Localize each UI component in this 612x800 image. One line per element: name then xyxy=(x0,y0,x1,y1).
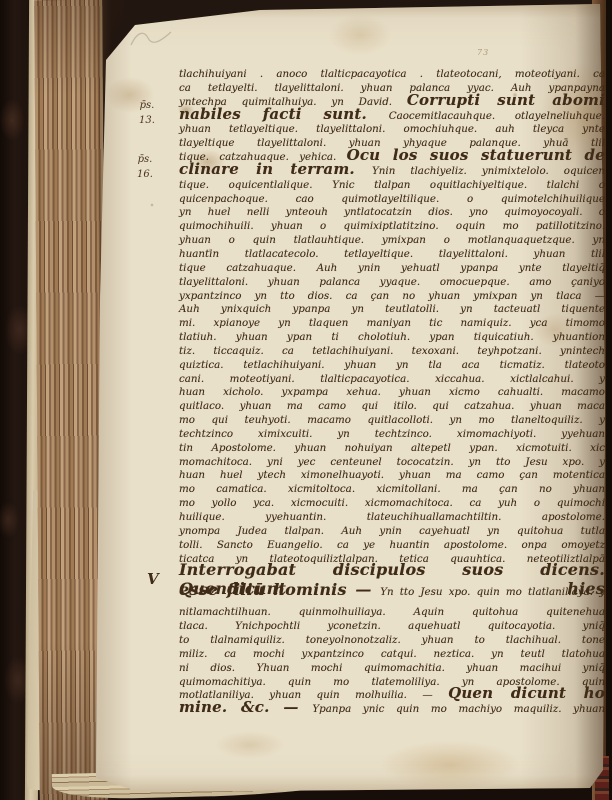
manuscript-photo: 73 p̄s. 13. p̄s. 16. V tlachihuiyani . a… xyxy=(0,0,612,800)
manuscript-text: tlachihuiyani . anoco tlalticpacayotica … xyxy=(179,62,605,711)
text-line: yntechpa quimitalhuiya. yn David. Corrup… xyxy=(179,90,605,104)
text-line: cani. moteotiyani. tlalticpacayotica. xi… xyxy=(179,367,605,381)
text-line: tique. catzahuaque. yehica. Ocu los suos… xyxy=(179,145,605,159)
text-line: tin Apostolome. yhuan nohuiyan altepetl … xyxy=(179,436,605,450)
text-line: tiz. ticcaquiz. ca tetlachihuiyani. texo… xyxy=(179,339,605,353)
text-line: quitlaco. yhuan ma camo qui itilo. qui c… xyxy=(179,394,605,408)
text-line: tlayeltique tlayelittaloni. yhuan yhyaqu… xyxy=(179,131,605,145)
text-line: tique catzahuaque. Auh ynin yehuatl ypan… xyxy=(179,256,605,270)
text-line: mo qui teuhyoti. macamo quitlacolloti. y… xyxy=(179,408,605,422)
text-line: mo camatica. xicmitoltoca. xicmitollani.… xyxy=(179,477,605,491)
text-line: techtzinco ximixcuiti. yn techtzinco. xi… xyxy=(179,422,605,436)
text-line: ticatca yn tlateotoquiliztlalpan. tetica… xyxy=(179,547,605,561)
text-line: huan xicholo. yxpampa xehua. yhuan xicmo… xyxy=(179,380,605,394)
text-line: yhuan tetlayeltique. tlayelittaloni. omo… xyxy=(179,117,605,131)
text-line: tlachihuiyani . anoco tlalticpacayotica … xyxy=(179,62,605,76)
psalm-abbr: p̄s. xyxy=(137,152,153,167)
text-line: huan huel ytech ximonelhuayoti. yhuan ma… xyxy=(179,463,605,477)
text-line: huantin tlatlacatecolo. tetlayeltique. t… xyxy=(179,242,605,256)
text-line: tolli. Sancto Euangelio. ca ye huantin a… xyxy=(179,533,605,547)
text-line: mi. xpianoye yn tlaquen maniyan tic nami… xyxy=(179,311,605,325)
text-line: Auh ynixquich ypanpa yn teutlatolli. yn … xyxy=(179,297,605,311)
text-line: quiztica. tetlachihuiyani. yhuan yn tla … xyxy=(179,353,605,367)
text-line: ynompa Judea tlalpan. Auh ynin cayehuatl… xyxy=(179,519,605,533)
latin-display-segment: esse filiū hominis — xyxy=(179,580,380,599)
text-line: tlaca. Ynichpochtli yconetzin. aquehuatl… xyxy=(179,614,605,628)
verse-mark: V xyxy=(147,570,159,588)
text-line: ca tetlayelti. tlayelittaloni. yhuan pal… xyxy=(179,76,605,90)
text-line: yxpantzinco yn tto dios. ca çan no yhuan… xyxy=(179,284,605,298)
text-line: yn huel nelli ynteouh yntlatocatzin dios… xyxy=(179,200,605,214)
text-line: ni dios. Yhuan mochi quimomachitia. yhua… xyxy=(179,656,605,670)
text-line: esse filiū hominis — Yn tto Jesu xpo. qu… xyxy=(179,580,605,600)
text-line: mine. &c. — Ypanpa ynic quin mo machiyo … xyxy=(179,697,605,711)
text-line: motlatlaniliya. yhuan quin molhuilia. — … xyxy=(179,683,605,697)
book-fore-edge xyxy=(34,0,108,800)
text-line: miliz. ca mochi yxpantzinco catqui. nezt… xyxy=(179,642,605,656)
margin-note-psalm-13: p̄s. 13. xyxy=(139,98,155,128)
text-line: quimomachitiya. quin mo tlatemoliliya. y… xyxy=(179,670,605,684)
folio-number: 73 xyxy=(477,48,489,57)
text-line: mo yollo yca. xicmocuiti. xicmomachitoca… xyxy=(179,491,605,505)
nahuatl-text-segment: Yn tto Jesu xpo. quin mo tlatlaniliaya. … xyxy=(380,586,605,598)
text-line: tlatiuh. yhuan ypan ti cholotiuh. ypan t… xyxy=(179,325,605,339)
psalm-number: 16. xyxy=(137,167,153,182)
latin-display-segment: mine. &c. — xyxy=(179,698,312,716)
margin-note-psalm-16: p̄s. 16. xyxy=(137,152,153,182)
text-line: tlayelittaloni. yhuan palanca yyaque. om… xyxy=(179,270,605,284)
nahuatl-text-segment: Ypanpa ynic quin mo machiyo maquiliz. yh… xyxy=(312,703,605,715)
psalm-number: 13. xyxy=(139,113,155,128)
text-line: tique. oquicentlalique. Ynic tlalpan oqu… xyxy=(179,173,605,187)
text-line: nitlamachtilhuan. quinmolhuiliaya. Aquin… xyxy=(179,600,605,614)
text-line: huilique. yyehuantin. tlateuchihuallamac… xyxy=(179,505,605,519)
pencil-mark xyxy=(128,26,174,50)
text-line: Interrogabat discipulos suos dicens. Que… xyxy=(179,560,605,580)
text-line: quicenpachoque. cao quimotlayeltilique. … xyxy=(179,187,605,201)
text-line: momachitoca. yni yec centeunel tococatzi… xyxy=(179,450,605,464)
text-line: quimochihuili. yhuan o quimixiptlatitzin… xyxy=(179,214,605,228)
right-dark-border xyxy=(606,0,612,800)
text-line: clinare in terram. Ynin tlachiyeliz. yni… xyxy=(179,159,605,173)
text-line: to tlalnamiquiliz. toneyolnonotzaliz. yh… xyxy=(179,628,605,642)
text-line: nabiles facti sunt. Caocemitlacauhque. o… xyxy=(179,104,605,118)
psalm-abbr: p̄s. xyxy=(139,98,155,113)
text-line: yhuan o quin tlatlauhtique. ymixpan o mo… xyxy=(179,228,605,242)
